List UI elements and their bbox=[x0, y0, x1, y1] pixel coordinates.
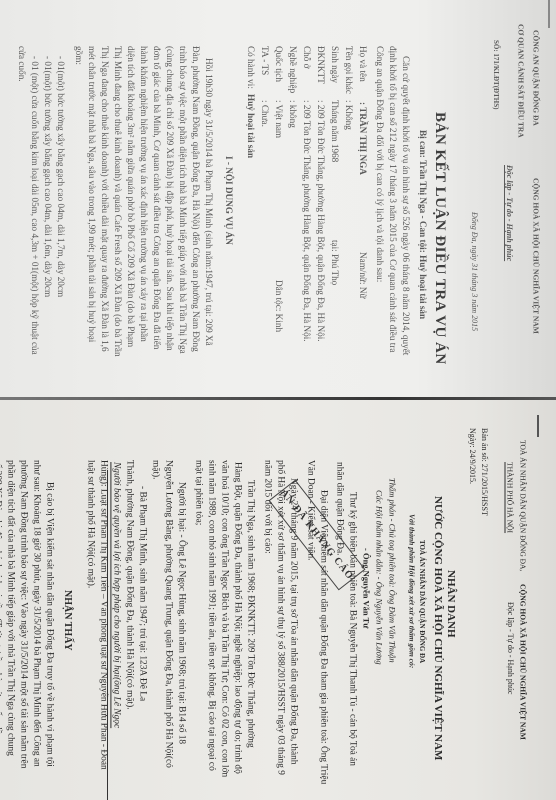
document-title: BẢN KẾT LUẬN ĐIỀU TRA VỤ ÁN bbox=[432, 112, 447, 365]
judgment-date: Ngày: 24/9/2015. bbox=[468, 428, 476, 484]
republic-heading: CỘNG HOÀ XÃ HỘI CHỦ NGHĨA VIỆT NAM bbox=[532, 178, 540, 334]
body-line: trình báo sự việc một phần diện tích nhà… bbox=[178, 46, 187, 354]
heading-republic: NƯỚC CỘNG HOÀ XÃ HỘI CHỦ NGHĨA VIỆT NAM bbox=[432, 496, 443, 760]
body-line: Thị Minh đang cho thuê kinh doanh) và qu… bbox=[113, 46, 122, 357]
finding-line: phường Nam Đồng trình báo sự việc: Vào n… bbox=[18, 460, 27, 768]
trial-line: Ngày 24 tháng 9 năm 2015, tại trụ sở Tòa… bbox=[288, 478, 297, 765]
body-line: gồm: bbox=[74, 46, 83, 65]
act-label: Có hành vi: bbox=[246, 46, 255, 89]
panel-line: Các Hội thẩm nhân dân: - Ông Nguyễn Văn … bbox=[375, 490, 384, 665]
body-line: hành khám nghiệm hiện trường vụ án xác đ… bbox=[139, 46, 148, 342]
court-line-1: TOÀ ÁN NHÂN DÂN QUẬN ĐỐNG ĐA, bbox=[519, 440, 527, 571]
finding-line: Bị cáo bị Viện kiểm sát nhân dân quận Đố… bbox=[44, 482, 53, 767]
victim-line: luật sư thành phố Hà Nội(có mặt). bbox=[85, 460, 94, 588]
body-line: đơn tố giác của bà Minh, Cơ quan cảnh sá… bbox=[152, 46, 161, 349]
defendant-line: văn hoá 10/10; con ông Trần Ngọc Bích và… bbox=[219, 460, 228, 777]
profile-value: : 209 Tôn Đức Thắng, phường Hàng Bột, qu… bbox=[316, 100, 325, 342]
profile-value: : TRẦN THỊ NGA bbox=[358, 102, 367, 175]
body-line: mét chân trước mặt nhà bà Nga, sâu vào t… bbox=[87, 46, 96, 342]
court-line-2: THÀNH PHỐ HÀ NỘI bbox=[506, 462, 514, 533]
defendant-line: Hàng Bột, quận Đống Đa, thành phố Hà Nội… bbox=[232, 462, 241, 774]
defendant-line: sinh năm 1989, con nhỏ sinh năm 1991; ti… bbox=[206, 460, 215, 771]
section-heading: I - NỘI DUNG VỤ ÁN bbox=[224, 156, 233, 245]
heading-in-the-name: NHÂN DANH bbox=[445, 570, 456, 638]
underline-rule bbox=[107, 470, 108, 800]
profile-value: : 209 Tôn Đức Thắng, phường Hàng Bột, qu… bbox=[302, 100, 311, 342]
doc-number: SỐ: 171/KLĐT(ĐTHS) bbox=[492, 40, 499, 109]
motto: Độc lập - Tự do - Hạnh phúc bbox=[505, 165, 513, 261]
defendant-line: mặt tại phiên tòa; bbox=[193, 460, 202, 525]
profile-value: : Việt nam bbox=[274, 100, 283, 138]
republic-heading-bottom: CỘNG HOÀ XÃ HỘI CHỦ NGHĨA VIỆT NAM bbox=[519, 584, 527, 740]
prosecutor-line: Đại diện Viện kiểm sát nhân dân quận Đốn… bbox=[318, 490, 327, 784]
heading-court: TOÀ ÁN NHÂN DÂN QUẬN ĐỐNG ĐA bbox=[418, 540, 425, 663]
victim-line: - Bà Phạm Thị Minh, sinh năm 1947; trú t… bbox=[137, 486, 146, 701]
damage-item: - 01(một) bức tường xây bằng gạch cao 04… bbox=[43, 56, 52, 297]
victim-line: Người bị hại: - Ông Lê Ngọc Hùng, sinh n… bbox=[176, 482, 185, 744]
finding-line: phần diện tích đất của nhà bà Minh tiếp … bbox=[5, 460, 14, 756]
profile-value: : Không bbox=[344, 100, 353, 130]
investigation-conclusion-document: CÔNG AN QUẬN ĐỐNG ĐA CƠ QUAN CẢNH SÁT ĐI… bbox=[0, 0, 556, 400]
body-line: Hồi 19h30 ngày 31/5/2014 bà Phạm Thị Min… bbox=[204, 58, 213, 346]
panel-line: Thẩm phán - Chủ toạ phiên toà: Ông Đàm V… bbox=[388, 478, 397, 663]
defendant-line: Trần Thị Nga, sinh năm 1968; ĐKNKTT: 209… bbox=[245, 480, 254, 748]
case-number: Bản án số: 271/2015/HSST bbox=[480, 428, 488, 516]
victim-line: Nguyễn Lương Bằng, phường Quang Trung, q… bbox=[163, 460, 172, 768]
place-date: Đống Đa, ngày 31 tháng 3 năm 2015 bbox=[470, 212, 478, 331]
body-line: Đàn, phường Nam Đồng, quận Đống Đa, Hà N… bbox=[191, 46, 200, 352]
agency-line-1: CÔNG AN QUẬN ĐỐNG ĐA bbox=[532, 30, 540, 126]
clerk-line: Thư ký ghi biên bản phiên toà: Bà Nguyễn… bbox=[347, 492, 356, 766]
damage-item: cửa cuốn. bbox=[17, 46, 26, 82]
heading-panel: Với thành phần Hội đồng xét xử sơ thẩm g… bbox=[408, 514, 416, 668]
body-line: diện tích đất khoảng 3m² nằm giữa quán p… bbox=[126, 46, 135, 347]
damage-item: - 01 (một) cửa cuốn bằng kim loại dài 05… bbox=[30, 56, 39, 355]
trial-line: phố Hà Nội xét xử sơ thẩm vụ án hình sự … bbox=[275, 460, 284, 775]
pen-mark bbox=[537, 415, 539, 437]
panel-line: - Ông Nguyễn Văn Tư bbox=[362, 548, 371, 628]
damage-item: - 01(một) bức tường xây bằng gạch cao 04… bbox=[56, 56, 65, 297]
profile-extra: Nam/nữ: Nữ bbox=[358, 252, 367, 298]
act-value: Huỷ hoại tài sản bbox=[246, 94, 255, 158]
finding-line: số 209 Xã Đàn, bị đập phá, huỷ hoại gồm … bbox=[0, 460, 1, 741]
profile-label: ĐKNKTT bbox=[316, 46, 325, 84]
motto-bottom: Độc lập - Tự do - Hạnh phúc bbox=[506, 602, 514, 694]
profile-extra: tại: Phú Thọ bbox=[330, 240, 339, 285]
prosecutor-line: Văn Doan - Kiểm sát viên. bbox=[305, 460, 314, 561]
paper-edge-mark bbox=[548, 0, 550, 28]
intro-line: Công an quận Đống Đa đối với bị can có l… bbox=[375, 46, 384, 282]
agency-line-2: CƠ QUAN CẢNH SÁT ĐIỀU TRA bbox=[517, 24, 525, 138]
intro-line: định khởi tố bị can số 212 ngày 17 tháng… bbox=[388, 46, 397, 352]
profile-label: Sinh ngày bbox=[330, 46, 339, 83]
body-line: Thị Nga đang cho thuê kinh doanh) với ch… bbox=[100, 46, 109, 352]
victim-line: Hùng): Luật sư Phan Thị Kim Tiến – Văn p… bbox=[98, 460, 107, 770]
section-heading-findings: NHẬN THẤY bbox=[62, 590, 72, 651]
profile-label: Nghề nghiệp bbox=[288, 46, 297, 93]
profile-value: Tháng năm 1968 bbox=[330, 100, 339, 162]
profile-extra: Dân tộc: Kinh bbox=[274, 280, 283, 332]
profile-value: : không bbox=[288, 100, 297, 128]
intro-line: Căn cứ quyết định khởi tố vụ án hình sự … bbox=[401, 56, 410, 355]
victim-line: mặt). bbox=[150, 460, 159, 480]
finding-line: như sau: Khoảng 18 giờ 30 phút, ngày 31/… bbox=[31, 460, 40, 767]
profile-value: : Chưa. bbox=[260, 100, 269, 127]
profile-label: Quốc tịch bbox=[274, 46, 283, 82]
victim-line: Thành, phường Nam Đồng, quận Đống Đa, th… bbox=[124, 460, 133, 710]
profile-label: TA - TS bbox=[260, 46, 269, 75]
profile-label: Chỗ ở bbox=[302, 46, 311, 68]
trial-line: năm 2015 đối với bị cáo: bbox=[262, 460, 271, 554]
profile-label: Tên gọi khác bbox=[344, 46, 353, 94]
document-subtitle: Bị can: Trần Thị Nga - Can tội: Huỷ hoại… bbox=[418, 130, 427, 319]
body-line: (cùng chung địa chỉ số 209 Xã Đàn) bị đậ… bbox=[165, 46, 174, 351]
profile-label: Họ và tên bbox=[358, 46, 367, 82]
victim-line: Người bảo vệ quyền và lợi ích hợp pháp c… bbox=[111, 462, 120, 728]
